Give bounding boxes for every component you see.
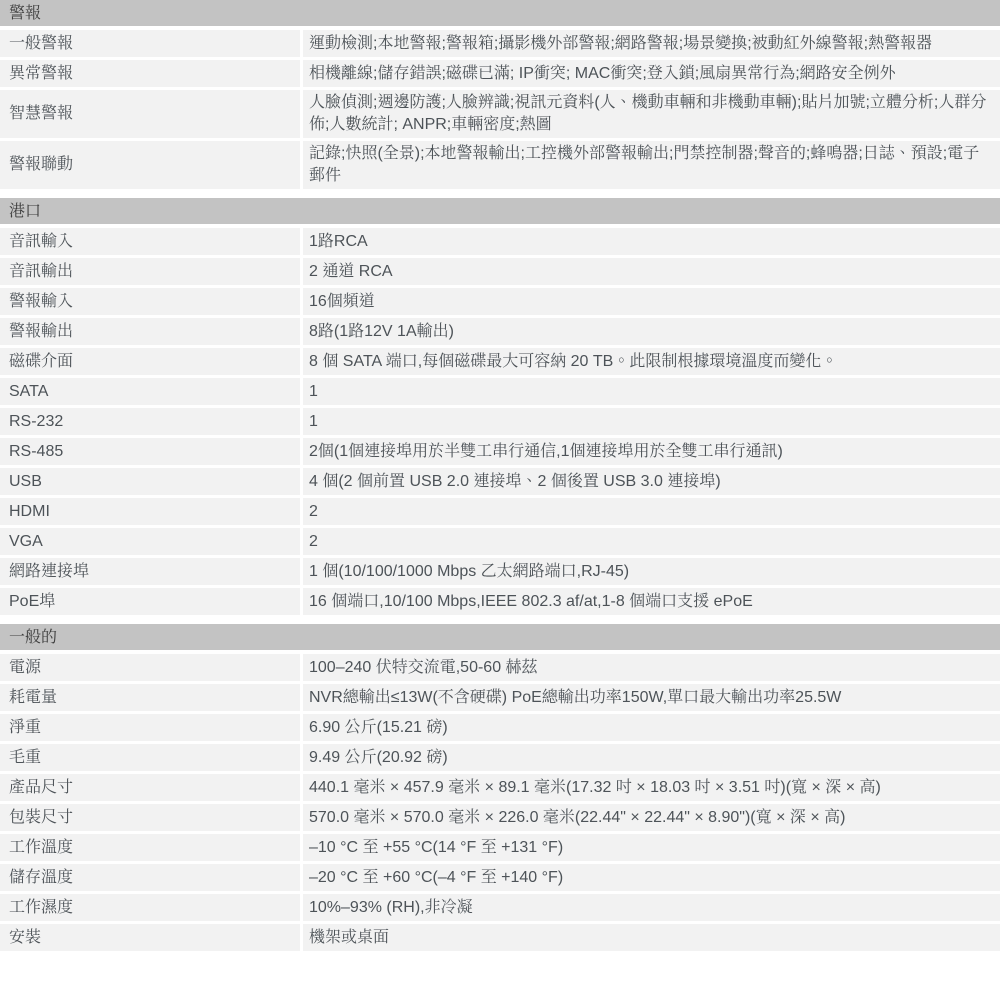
spec-value: 10%–93% (RH),非冷凝: [303, 894, 1000, 921]
spec-row: 音訊輸出2 通道 RCA: [0, 258, 1000, 285]
spec-row: 網路連接埠1 個(10/100/1000 Mbps 乙太網路端口,RJ-45): [0, 558, 1000, 585]
spec-row: 淨重6.90 公斤(15.21 磅): [0, 714, 1000, 741]
spec-value: 人臉偵測;週邊防護;人臉辨識;視訊元資料(人、機動車輛和非機動車輛);貼片加號;…: [303, 90, 1000, 138]
spec-value: 1 個(10/100/1000 Mbps 乙太網路端口,RJ-45): [303, 558, 1000, 585]
spec-label: RS-485: [0, 438, 300, 465]
spec-label: 警報聯動: [0, 141, 300, 189]
spec-row: 安裝機架或桌面: [0, 924, 1000, 951]
spec-row: 耗電量NVR總輸出≤13W(不含硬碟) PoE總輸出功率150W,單口最大輸出功…: [0, 684, 1000, 711]
spec-label: 耗電量: [0, 684, 300, 711]
section-header: 港口: [0, 198, 1000, 224]
spec-row: 電源100–240 伏特交流電,50-60 赫茲: [0, 654, 1000, 681]
spec-label: 工作溫度: [0, 834, 300, 861]
spec-row: 工作濕度10%–93% (RH),非冷凝: [0, 894, 1000, 921]
spec-row: PoE埠16 個端口,10/100 Mbps,IEEE 802.3 af/at,…: [0, 588, 1000, 615]
spec-label: 音訊輸出: [0, 258, 300, 285]
spec-label: HDMI: [0, 498, 300, 525]
spec-row: 音訊輸入1路RCA: [0, 228, 1000, 255]
spec-label: PoE埠: [0, 588, 300, 615]
spec-label: VGA: [0, 528, 300, 555]
spec-row: 磁碟介面8 個 SATA 端口,每個磁碟最大可容納 20 TB。此限制根據環境溫…: [0, 348, 1000, 375]
spec-value: 8 個 SATA 端口,每個磁碟最大可容納 20 TB。此限制根據環境溫度而變化…: [303, 348, 1000, 375]
spec-section: 警報一般警報運動檢測;本地警報;警報箱;攝影機外部警報;網路警報;場景變換;被動…: [0, 0, 1000, 189]
spec-value: 2: [303, 528, 1000, 555]
spec-label: 警報輸出: [0, 318, 300, 345]
spec-value: –20 °C 至 +60 °C(–4 °F 至 +140 °F): [303, 864, 1000, 891]
spec-row: 警報輸入16個頻道: [0, 288, 1000, 315]
spec-row: 工作溫度–10 °C 至 +55 °C(14 °F 至 +131 °F): [0, 834, 1000, 861]
spec-value: 1: [303, 408, 1000, 435]
spec-row: 包裝尺寸570.0 毫米 × 570.0 毫米 × 226.0 毫米(22.44…: [0, 804, 1000, 831]
spec-row: HDMI2: [0, 498, 1000, 525]
spec-value: NVR總輸出≤13W(不含硬碟) PoE總輸出功率150W,單口最大輸出功率25…: [303, 684, 1000, 711]
spec-label: SATA: [0, 378, 300, 405]
spec-value: 9.49 公斤(20.92 磅): [303, 744, 1000, 771]
spec-label: 網路連接埠: [0, 558, 300, 585]
spec-value: 16 個端口,10/100 Mbps,IEEE 802.3 af/at,1-8 …: [303, 588, 1000, 615]
spec-row: RS-4852個(1個連接埠用於半雙工串行通信,1個連接埠用於全雙工串行通訊): [0, 438, 1000, 465]
spec-label: 淨重: [0, 714, 300, 741]
section-header: 警報: [0, 0, 1000, 26]
spec-label: 磁碟介面: [0, 348, 300, 375]
spec-row: SATA1: [0, 378, 1000, 405]
spec-row: 毛重9.49 公斤(20.92 磅): [0, 744, 1000, 771]
spec-row: VGA2: [0, 528, 1000, 555]
spec-label: RS-232: [0, 408, 300, 435]
spec-label: 電源: [0, 654, 300, 681]
spec-value: 440.1 毫米 × 457.9 毫米 × 89.1 毫米(17.32 吋 × …: [303, 774, 1000, 801]
spec-row: RS-2321: [0, 408, 1000, 435]
spec-value: 570.0 毫米 × 570.0 毫米 × 226.0 毫米(22.44" × …: [303, 804, 1000, 831]
spec-row: 警報輸出8路(1路12V 1A輸出): [0, 318, 1000, 345]
spec-value: 機架或桌面: [303, 924, 1000, 951]
spec-row: 異常警報相機離線;儲存錯誤;磁碟已滿; IP衝突; MAC衝突;登入鎖;風扇異常…: [0, 60, 1000, 87]
spec-label: 儲存溫度: [0, 864, 300, 891]
spec-label: USB: [0, 468, 300, 495]
spec-value: 2 通道 RCA: [303, 258, 1000, 285]
spec-label: 一般警報: [0, 30, 300, 57]
spec-value: 2: [303, 498, 1000, 525]
spec-value: 運動檢測;本地警報;警報箱;攝影機外部警報;網路警報;場景變換;被動紅外線警報;…: [303, 30, 1000, 57]
spec-value: 1: [303, 378, 1000, 405]
spec-section: 一般的電源100–240 伏特交流電,50-60 赫茲耗電量NVR總輸出≤13W…: [0, 624, 1000, 951]
spec-label: 警報輸入: [0, 288, 300, 315]
spec-value: 相機離線;儲存錯誤;磁碟已滿; IP衝突; MAC衝突;登入鎖;風扇異常行為;網…: [303, 60, 1000, 87]
spec-value: 1路RCA: [303, 228, 1000, 255]
spec-value: 6.90 公斤(15.21 磅): [303, 714, 1000, 741]
spec-value: 8路(1路12V 1A輸出): [303, 318, 1000, 345]
spec-label: 安裝: [0, 924, 300, 951]
spec-label: 產品尺寸: [0, 774, 300, 801]
spec-label: 異常警報: [0, 60, 300, 87]
spec-row: 儲存溫度–20 °C 至 +60 °C(–4 °F 至 +140 °F): [0, 864, 1000, 891]
spec-value: 2個(1個連接埠用於半雙工串行通信,1個連接埠用於全雙工串行通訊): [303, 438, 1000, 465]
spec-row: 智慧警報人臉偵測;週邊防護;人臉辨識;視訊元資料(人、機動車輛和非機動車輛);貼…: [0, 90, 1000, 138]
spec-value: 4 個(2 個前置 USB 2.0 連接埠、2 個後置 USB 3.0 連接埠): [303, 468, 1000, 495]
spec-row: 產品尺寸440.1 毫米 × 457.9 毫米 × 89.1 毫米(17.32 …: [0, 774, 1000, 801]
spec-value: –10 °C 至 +55 °C(14 °F 至 +131 °F): [303, 834, 1000, 861]
spec-value: 100–240 伏特交流電,50-60 赫茲: [303, 654, 1000, 681]
spec-label: 工作濕度: [0, 894, 300, 921]
spec-label: 智慧警報: [0, 90, 300, 138]
spec-table: 警報一般警報運動檢測;本地警報;警報箱;攝影機外部警報;網路警報;場景變換;被動…: [0, 0, 1000, 951]
spec-row: 警報聯動記錄;快照(全景);本地警報輸出;工控機外部警報輸出;門禁控制器;聲音的…: [0, 141, 1000, 189]
spec-value: 16個頻道: [303, 288, 1000, 315]
spec-label: 包裝尺寸: [0, 804, 300, 831]
spec-row: USB4 個(2 個前置 USB 2.0 連接埠、2 個後置 USB 3.0 連…: [0, 468, 1000, 495]
spec-section: 港口音訊輸入1路RCA音訊輸出2 通道 RCA警報輸入16個頻道警報輸出8路(1…: [0, 198, 1000, 615]
spec-label: 毛重: [0, 744, 300, 771]
spec-row: 一般警報運動檢測;本地警報;警報箱;攝影機外部警報;網路警報;場景變換;被動紅外…: [0, 30, 1000, 57]
section-header: 一般的: [0, 624, 1000, 650]
spec-value: 記錄;快照(全景);本地警報輸出;工控機外部警報輸出;門禁控制器;聲音的;蜂鳴器…: [303, 141, 1000, 189]
spec-label: 音訊輸入: [0, 228, 300, 255]
